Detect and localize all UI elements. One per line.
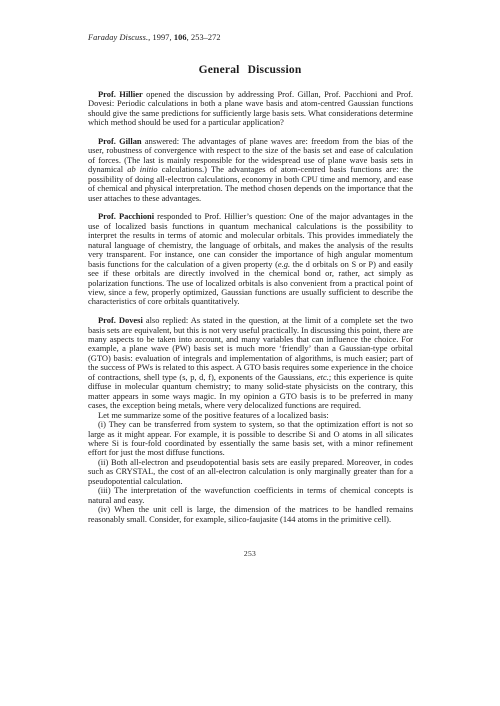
text-segment: Faraday Discuss., [88, 33, 150, 42]
page-title: General Discussion [0, 64, 500, 76]
paragraph: (i) They can be transferred from system … [88, 420, 413, 458]
text-segment: 1997, [150, 33, 174, 42]
paragraph: Prof. Dovesi also replied: As stated in … [88, 316, 413, 411]
paragraph: Prof. Pacchioni responded to Prof. Hilli… [88, 212, 413, 307]
text-segment: (ii) Both all-electron and pseudopotenti… [88, 457, 413, 486]
text-segment: (iii) The interpretation of the wavefunc… [88, 485, 413, 504]
text-segment: (i) They can be transferred from system … [88, 419, 413, 457]
text-segment: (iv) When the unit cell is large, the di… [88, 504, 413, 523]
text-segment: 106 [174, 33, 187, 42]
paragraph: Prof. Gillan answered: The advantages of… [88, 137, 413, 203]
paragraph: (iii) The interpretation of the wavefunc… [88, 486, 413, 505]
page-number: 253 [0, 549, 500, 558]
text-segment: , 253–272 [187, 33, 221, 42]
body-paragraphs: Prof. Hillier opened the discussion by a… [88, 90, 413, 524]
paragraph: Prof. Hillier opened the discussion by a… [88, 90, 413, 128]
journal-citation: Faraday Discuss., 1997, 106, 253–272 [88, 33, 221, 42]
journal-page: Faraday Discuss., 1997, 106, 253–272 Gen… [0, 0, 500, 706]
paragraph: (iv) When the unit cell is large, the di… [88, 505, 413, 524]
paragraph: (ii) Both all-electron and pseudopotenti… [88, 458, 413, 486]
